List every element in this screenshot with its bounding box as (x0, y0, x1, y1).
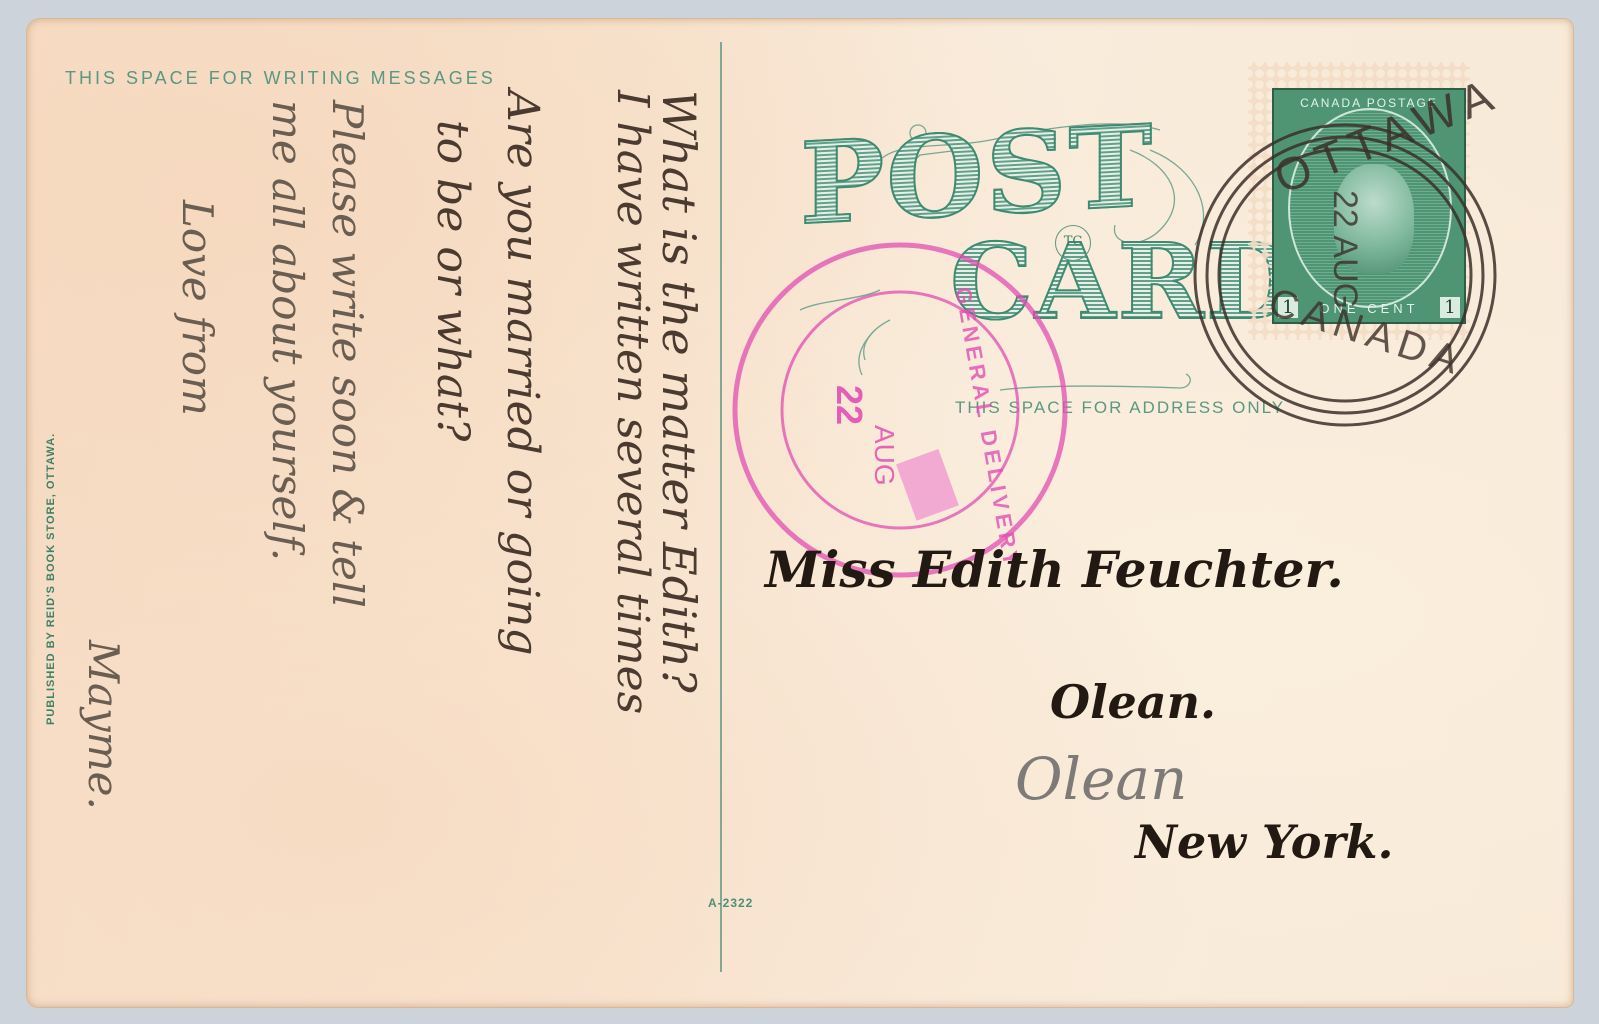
publisher-imprint: PUBLISHED BY REID'S BOOK STORE, OTTAWA. (45, 433, 57, 725)
stamp-value-right: 1 (1440, 297, 1460, 318)
message-line-2: I have written several times (607, 90, 658, 714)
center-divider (720, 42, 722, 972)
recipient-city: Olean. (1050, 675, 1216, 729)
message-line-1: What is the matter Edith? (652, 90, 706, 693)
recipient-name: Miss Edith Feuchter. (765, 540, 1344, 599)
message-space-header: THIS SPACE FOR WRITING MESSAGES (65, 68, 496, 89)
message-line-3: Are you married or going (497, 90, 548, 656)
message-line-4: to be or what? (427, 120, 478, 441)
postcard-title: POST CARD (770, 100, 1250, 370)
recipient-city-pencil: Olean (1015, 745, 1187, 813)
message-line-7: Love from (173, 200, 222, 416)
message-line-6: me all about yourself. (263, 100, 312, 561)
title-card: CARD (950, 220, 1298, 343)
address-space-header: THIS SPACE FOR ADDRESS ONLY (955, 398, 1285, 418)
receiving-stamp-day: 22 (828, 385, 870, 425)
receiving-stamp-month: AUG (868, 425, 900, 486)
maker-logo-icon: TC (1055, 225, 1091, 261)
catalog-number: A-2322 (708, 896, 753, 910)
cancel-date: 22 AUG (1325, 190, 1364, 309)
recipient-state: New York. (1135, 815, 1394, 869)
message-signature: Mayme. (79, 640, 128, 810)
message-line-5: Please write soon & tell (323, 100, 372, 608)
